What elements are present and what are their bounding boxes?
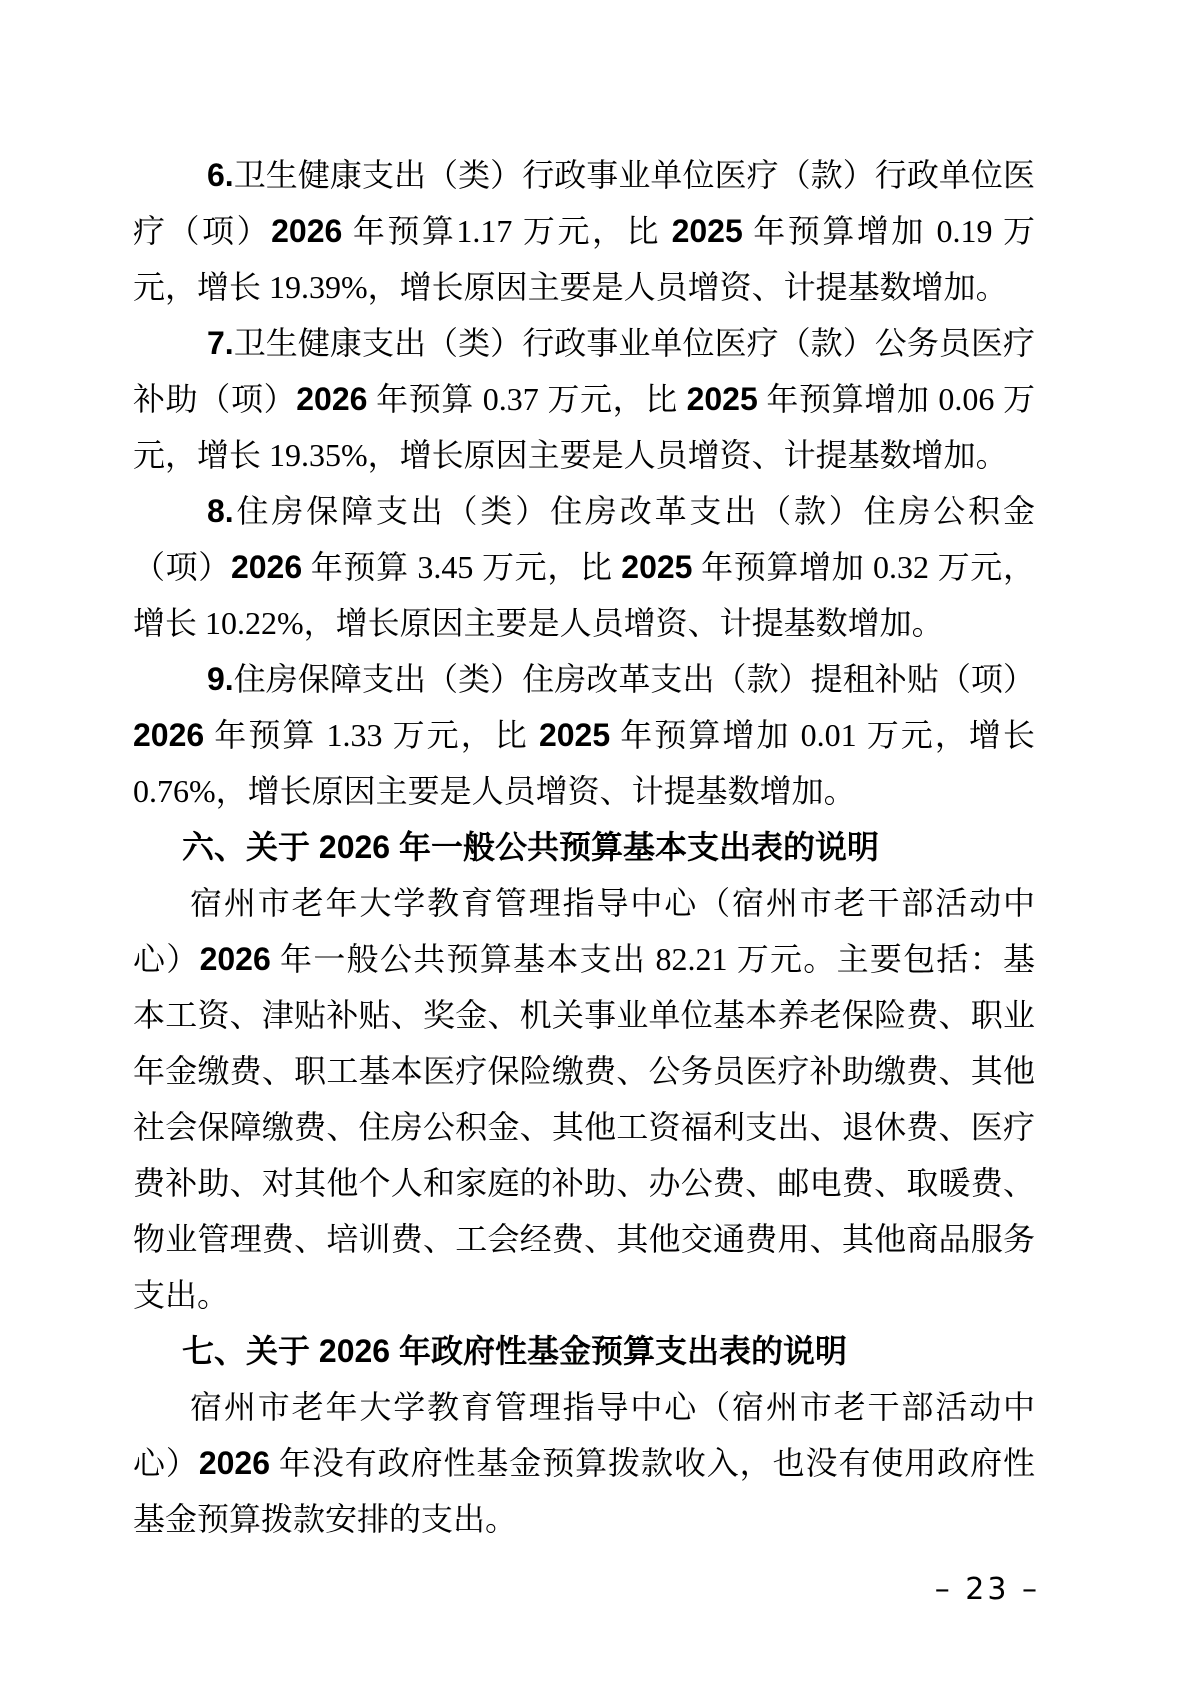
text-segment: 9.: [207, 661, 234, 697]
text-segment: 年预算增加: [610, 717, 800, 753]
paragraph-item-6: 6.卫生健康支出（类）行政事业单位医疗（款）行政单位医疗（项）2026 年预算1…: [133, 147, 1035, 315]
text-segment: 8.: [207, 493, 234, 529]
text-segment: 2025: [687, 381, 758, 417]
page-number: – 23 –: [935, 1572, 1040, 1607]
text-segment: 0.32: [873, 549, 929, 585]
text-segment: ，增长原因主要是人员增资、计提基数增加。: [368, 269, 1008, 305]
text-segment: 2026: [199, 1445, 270, 1481]
text-segment: ，增长原因主要是人员增资、计提基数增加。: [368, 437, 1008, 473]
section-heading-seven: 七、关于 2026 年政府性基金预算支出表的说明: [133, 1323, 1035, 1379]
text-segment: 住房保障支出（类）住房改革支出（款）提租补贴（项）: [234, 661, 1035, 697]
text-segment: 万元。主要包括：基本工资、津贴补贴、奖金、机关事业单位基本养老保险费、职业年金缴…: [133, 941, 1035, 1313]
text-segment: 七、关于 2026 年政府性基金预算支出表的说明: [182, 1333, 847, 1369]
text-segment: 82.21: [655, 941, 727, 977]
text-segment: 2026: [133, 717, 204, 753]
text-segment: 2025: [539, 717, 610, 753]
text-segment: 2026: [200, 941, 271, 977]
document-page: 6.卫生健康支出（类）行政事业单位医疗（款）行政单位医疗（项）2026 年预算1…: [0, 0, 1190, 1683]
text-segment: 年预算: [302, 549, 417, 585]
text-segment: 年预算增加: [758, 381, 939, 417]
text-segment: 年预算增加: [743, 213, 937, 249]
paragraph-item-7: 7.卫生健康支出（类）行政事业单位医疗（款）公务员医疗补助（项）2026 年预算…: [133, 315, 1035, 483]
text-segment: 19.35%: [269, 437, 368, 473]
text-segment: 6.: [207, 157, 234, 193]
text-segment: 1.33: [327, 717, 383, 753]
text-segment: 19.39%: [269, 269, 368, 305]
text-segment: 3.45: [417, 549, 473, 585]
text-segment: 万元，比: [383, 717, 539, 753]
text-segment: ，增长原因主要是人员增资、计提基数增加。: [304, 605, 944, 641]
text-segment: ，增长原因主要是人员增资、计提基数增加。: [216, 773, 856, 809]
document-body: 6.卫生健康支出（类）行政事业单位医疗（款）行政单位医疗（项）2026 年预算1…: [133, 147, 1035, 1547]
text-segment: 万元，比: [512, 213, 671, 249]
section-heading-six: 六、关于 2026 年一般公共预算基本支出表的说明: [133, 819, 1035, 875]
text-segment: 10.22%: [205, 605, 304, 641]
text-segment: 0.01: [801, 717, 857, 753]
paragraph-gov-fund: 宿州市老年大学教育管理指导中心（宿州市老干部活动中心）2026 年没有政府性基金…: [133, 1379, 1035, 1547]
text-segment: 1.17: [456, 213, 512, 249]
text-segment: 万元，比: [473, 549, 621, 585]
text-segment: 万元，增长: [857, 717, 1035, 753]
text-segment: 2025: [672, 213, 743, 249]
text-segment: 年一般公共预算基本支出: [271, 941, 656, 977]
text-segment: 2026: [271, 213, 342, 249]
text-segment: 年预算: [367, 381, 482, 417]
text-segment: 2026: [296, 381, 367, 417]
text-segment: 六、关于 2026 年一般公共预算基本支出表的说明: [182, 829, 879, 865]
text-segment: 0.06: [938, 381, 994, 417]
text-segment: 7.: [207, 325, 234, 361]
paragraph-basic-expenditure: 宿州市老年大学教育管理指导中心（宿州市老干部活动中心）2026 年一般公共预算基…: [133, 875, 1035, 1323]
paragraph-item-9: 9.住房保障支出（类）住房改革支出（款）提租补贴（项）2026 年预算 1.33…: [133, 651, 1035, 819]
text-segment: 年预算: [204, 717, 326, 753]
text-segment: 年预算: [342, 213, 456, 249]
text-segment: 0.19: [936, 213, 992, 249]
paragraph-item-8: 8.住房保障支出（类）住房改革支出（款）住房公积金（项）2026 年预算 3.4…: [133, 483, 1035, 651]
text-segment: 2026: [231, 549, 302, 585]
text-segment: 万元，比: [539, 381, 687, 417]
text-segment: 0.76%: [133, 773, 216, 809]
text-segment: 2025: [621, 549, 692, 585]
text-segment: 年预算增加: [692, 549, 873, 585]
text-segment: 0.37: [483, 381, 539, 417]
